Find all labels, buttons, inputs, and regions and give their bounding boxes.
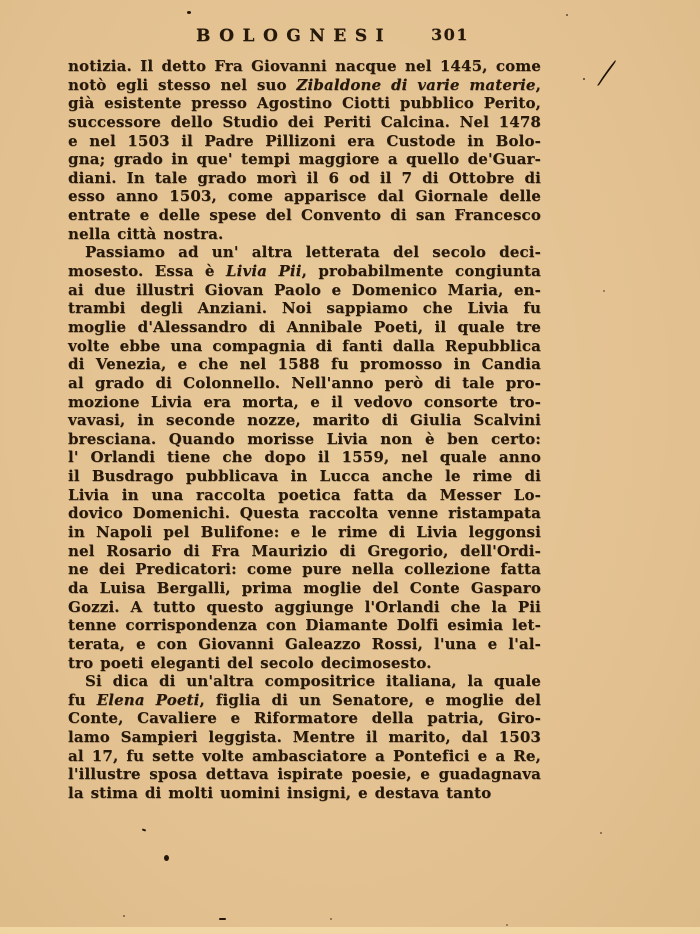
- italic-text-segment: Elena Poeti: [97, 691, 200, 709]
- text-line: ne dei Predicatori: come pure nella coll…: [68, 560, 541, 579]
- text-segment: diani. In tale grado morì il 6 od il 7 d…: [68, 169, 541, 187]
- text-line: trambi degli Anziani. Noi sappiamo che L…: [68, 299, 541, 318]
- text-segment: gna; grado in que' tempi maggiore a quel…: [68, 150, 541, 168]
- text-line: Gozzi. A tutto questo aggiunge l'Orlandi…: [68, 598, 541, 617]
- text-line: mozione Livia era morta, e il vedovo con…: [68, 393, 541, 412]
- text-line: lamo Sampieri leggista. Mentre il marito…: [68, 728, 541, 747]
- text-segment: in Napoli pel Bulifone: e le rime di Liv…: [68, 523, 541, 541]
- text-line: l' Orlandi tiene che dopo il 1559, nel q…: [68, 448, 541, 467]
- ink-speck: [506, 924, 508, 926]
- ink-speck: [219, 918, 226, 920]
- text-segment: mozione Livia era morta, e il vedovo con…: [68, 393, 541, 411]
- pen-stroke-mark: [595, 58, 619, 88]
- text-line: vavasi, in seconde nozze, marito di Giul…: [68, 411, 541, 430]
- text-line: Passiamo ad un' altra letterata del seco…: [68, 243, 541, 262]
- text-line: notò egli stesso nel suo Zibaldone di va…: [68, 76, 541, 95]
- text-line: diani. In tale grado morì il 6 od il 7 d…: [68, 169, 541, 188]
- ink-speck: [142, 828, 146, 831]
- text-segment: ai due illustri Giovan Paolo e Domenico …: [68, 281, 541, 299]
- text-segment: già esistente presso Agostino Ciotti pub…: [68, 94, 541, 112]
- text-segment: nella città nostra.: [68, 225, 223, 243]
- text-line: al 17, fu sette volte ambasciatore a Pon…: [68, 747, 541, 766]
- text-segment: Livia in una raccolta poetica fatta da M…: [68, 486, 541, 504]
- text-segment: terata, e con Giovanni Galeazzo Rossi, l…: [68, 635, 541, 653]
- text-line: la stima di molti uomini insigni, e dest…: [68, 784, 541, 803]
- text-line: già esistente presso Agostino Ciotti pub…: [68, 94, 541, 113]
- text-line: notizia. Il detto Fra Giovanni nacque ne…: [68, 57, 541, 76]
- text-line: successore dello Studio dei Periti Calci…: [68, 113, 541, 132]
- text-segment: tenne corrispondenza con Diamante Dolfi …: [68, 616, 541, 634]
- ink-speck: [600, 832, 602, 834]
- text-segment: volte ebbe una compagnia di fanti dalla …: [68, 337, 541, 355]
- text-segment: l' Orlandi tiene che dopo il 1559, nel q…: [68, 448, 541, 466]
- text-line: al grado di Colonnello. Nell'anno però d…: [68, 374, 541, 393]
- text-segment: fu: [68, 691, 97, 709]
- text-segment: dovico Domenichi. Questa raccolta venne …: [68, 504, 541, 522]
- text-segment: ,: [536, 76, 541, 94]
- text-segment: notò egli stesso nel suo: [68, 76, 296, 94]
- text-segment: esso anno 1503, come apparisce dal Giorn…: [68, 187, 541, 205]
- text-line: esso anno 1503, come apparisce dal Giorn…: [68, 187, 541, 206]
- text-segment: nel Rosario di Fra Maurizio di Gregorio,…: [68, 542, 541, 560]
- text-segment: successore dello Studio dei Periti Calci…: [68, 113, 541, 131]
- text-line: gna; grado in que' tempi maggiore a quel…: [68, 150, 541, 169]
- text-line: entrate e delle spese del Convento di sa…: [68, 206, 541, 225]
- ink-speck: [187, 11, 191, 14]
- text-segment: Gozzi. A tutto questo aggiunge l'Orlandi…: [68, 598, 541, 616]
- ink-speck: [123, 915, 125, 917]
- text-segment: lamo Sampieri leggista. Mentre il marito…: [68, 728, 541, 746]
- italic-text-segment: Livia Pii: [226, 262, 302, 280]
- text-segment: da Luisa Bergalli, prima moglie del Cont…: [68, 579, 541, 597]
- text-segment: la stima di molti uomini insigni, e dest…: [68, 784, 491, 802]
- text-segment: , probabilmente congiunta: [302, 262, 541, 280]
- text-line: dovico Domenichi. Questa raccolta venne …: [68, 504, 541, 523]
- text-block: notizia. Il detto Fra Giovanni nacque ne…: [68, 57, 541, 803]
- text-line: in Napoli pel Bulifone: e le rime di Liv…: [68, 523, 541, 542]
- text-segment: moglie d'Alessandro di Annibale Poeti, i…: [68, 318, 541, 336]
- text-line: Si dica di un'altra compositrice italian…: [68, 672, 541, 691]
- text-line: Conte, Cavaliere e Riformatore della pat…: [68, 709, 541, 728]
- running-head-title: BOLOGNESI: [196, 26, 392, 46]
- text-segment: di Venezia, e che nel 1588 fu promosso i…: [68, 355, 541, 373]
- ink-speck: [566, 14, 568, 16]
- text-line: di Venezia, e che nel 1588 fu promosso i…: [68, 355, 541, 374]
- text-line: e nel 1503 il Padre Pillizoni era Custod…: [68, 132, 541, 151]
- page-edge-highlight: [0, 927, 700, 934]
- text-line: bresciana. Quando morisse Livia non è be…: [68, 430, 541, 449]
- text-line: mosesto. Essa è Livia Pii, probabilmente…: [68, 262, 541, 281]
- text-segment: entrate e delle spese del Convento di sa…: [68, 206, 541, 224]
- text-line: tenne corrispondenza con Diamante Dolfi …: [68, 616, 541, 635]
- ink-speck: [603, 290, 605, 292]
- text-line: nella città nostra.: [68, 225, 541, 244]
- text-segment: notizia. Il detto Fra Giovanni nacque ne…: [68, 57, 541, 75]
- text-line: moglie d'Alessandro di Annibale Poeti, i…: [68, 318, 541, 337]
- text-segment: al grado di Colonnello. Nell'anno però d…: [68, 374, 541, 392]
- text-segment: trambi degli Anziani. Noi sappiamo che L…: [68, 299, 541, 317]
- ink-speck: [583, 78, 585, 80]
- text-segment: Conte, Cavaliere e Riformatore della pat…: [68, 709, 541, 727]
- text-line: da Luisa Bergalli, prima moglie del Cont…: [68, 579, 541, 598]
- text-line: ai due illustri Giovan Paolo e Domenico …: [68, 281, 541, 300]
- text-segment: e nel 1503 il Padre Pillizoni era Custod…: [68, 132, 541, 150]
- text-segment: ne dei Predicatori: come pure nella coll…: [68, 560, 541, 578]
- text-segment: , figlia di un Senatore, e moglie del: [199, 691, 541, 709]
- text-segment: al 17, fu sette volte ambasciatore a Pon…: [68, 747, 541, 765]
- text-segment: Si dica di un'altra compositrice italian…: [85, 672, 541, 690]
- text-line: tro poeti eleganti del secolo decimosest…: [68, 654, 541, 673]
- page-number: 301: [431, 25, 469, 44]
- ink-speck: [164, 855, 169, 861]
- text-segment: l'illustre sposa dettava ispirate poesie…: [68, 765, 541, 783]
- text-line: volte ebbe una compagnia di fanti dalla …: [68, 337, 541, 356]
- text-line: terata, e con Giovanni Galeazzo Rossi, l…: [68, 635, 541, 654]
- italic-text-segment: Zibaldone di varie materie: [296, 76, 535, 94]
- ink-speck: [330, 918, 332, 920]
- text-line: nel Rosario di Fra Maurizio di Gregorio,…: [68, 542, 541, 561]
- text-line: l'illustre sposa dettava ispirate poesie…: [68, 765, 541, 784]
- text-segment: Passiamo ad un' altra letterata del seco…: [85, 243, 541, 261]
- text-line: fu Elena Poeti, figlia di un Senatore, e…: [68, 691, 541, 710]
- text-segment: vavasi, in seconde nozze, marito di Giul…: [68, 411, 541, 429]
- book-page: BOLOGNESI 301 notizia. Il detto Fra Giov…: [0, 0, 700, 934]
- text-segment: il Busdrago pubblicava in Lucca anche le…: [68, 467, 541, 485]
- text-line: il Busdrago pubblicava in Lucca anche le…: [68, 467, 541, 486]
- text-segment: tro poeti eleganti del secolo decimosest…: [68, 654, 432, 672]
- text-segment: mosesto. Essa è: [68, 262, 226, 280]
- text-segment: bresciana. Quando morisse Livia non è be…: [68, 430, 541, 448]
- text-line: Livia in una raccolta poetica fatta da M…: [68, 486, 541, 505]
